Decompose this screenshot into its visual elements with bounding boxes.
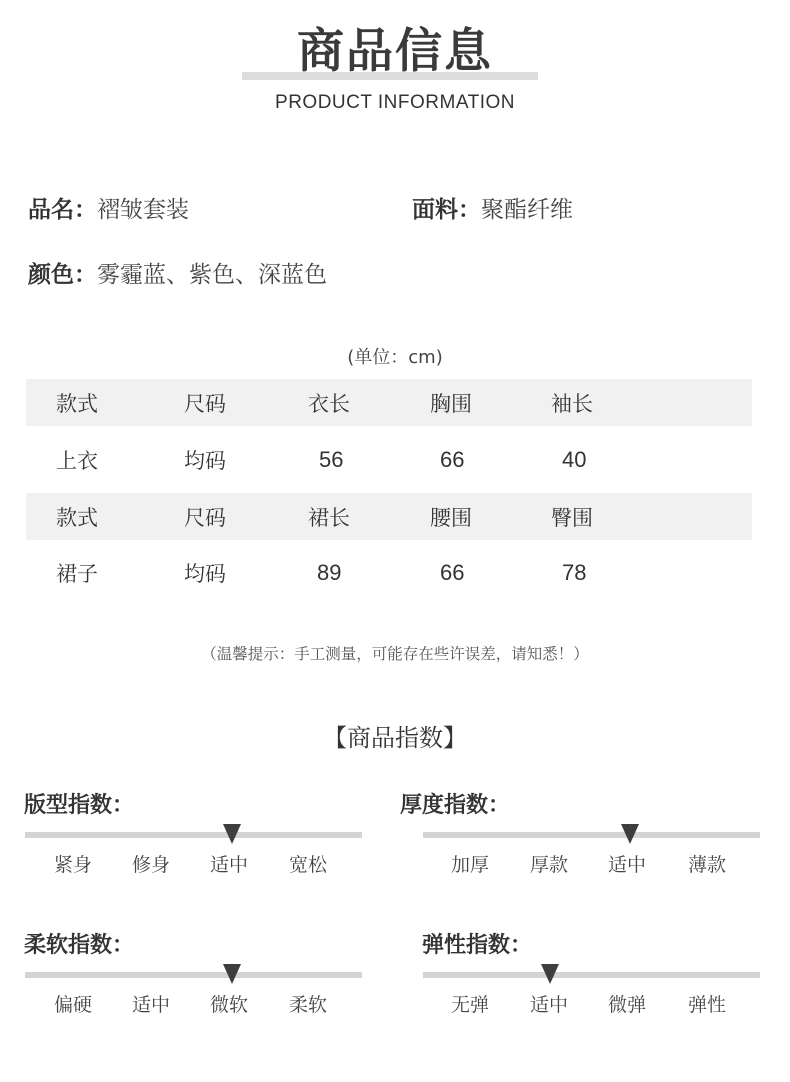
fabric-field: 面料：聚酯纤维 <box>412 195 573 225</box>
thickness-option-selected: 适中 <box>608 850 646 877</box>
table-row: 裙子 均码 89 66 78 <box>26 549 752 596</box>
elasticity-index-label: 弹性指数： <box>422 928 532 959</box>
table-cell: 56 <box>319 436 343 483</box>
softness-index-bar <box>25 972 362 978</box>
elasticity-option: 无弹 <box>451 990 489 1017</box>
fit-index-label: 版型指数： <box>24 788 134 819</box>
table-cell: 66 <box>440 549 464 596</box>
page-title: 商品信息 <box>0 24 790 80</box>
softness-option-selected: 微软 <box>210 990 248 1017</box>
thickness-option: 薄款 <box>688 850 726 877</box>
elasticity-index-marker-icon <box>541 964 559 984</box>
fit-option: 修身 <box>132 850 170 877</box>
table-header-cell: 款式 <box>56 493 98 540</box>
color-field: 颜色：雾霾蓝、紫色、深蓝色 <box>28 260 327 290</box>
table-cell: 89 <box>317 549 341 596</box>
indices-title: 【商品指数】 <box>0 718 790 753</box>
thickness-index-bar <box>423 832 760 838</box>
table-cell: 66 <box>440 436 464 483</box>
product-name-field: 品名：褶皱套装 <box>28 195 189 225</box>
fit-option: 宽松 <box>289 850 327 877</box>
fit-option-selected: 适中 <box>210 850 248 877</box>
fit-index-bar <box>25 832 362 838</box>
table-header-cell: 裙长 <box>308 493 350 540</box>
softness-option: 适中 <box>132 990 170 1017</box>
elasticity-option: 微弹 <box>608 990 646 1017</box>
thickness-option: 加厚 <box>451 850 489 877</box>
page-subtitle: PRODUCT INFORMATION <box>0 92 790 114</box>
softness-option: 偏硬 <box>54 990 92 1017</box>
fabric-value: 聚酯纤维 <box>481 197 573 223</box>
table-header-cell: 款式 <box>56 379 98 426</box>
color-value: 雾霾蓝、紫色、深蓝色 <box>97 262 327 288</box>
fit-option: 紧身 <box>54 850 92 877</box>
table-header-row: 款式 尺码 裙长 腰围 臀围 <box>26 493 752 540</box>
elasticity-option-selected: 适中 <box>530 990 568 1017</box>
fit-index-marker-icon <box>223 824 241 844</box>
table-header-cell: 衣长 <box>308 379 350 426</box>
table-header-cell: 臀围 <box>551 493 593 540</box>
thickness-index-marker-icon <box>621 824 639 844</box>
color-label: 颜色： <box>28 262 97 288</box>
product-name-label: 品名： <box>28 197 97 223</box>
elasticity-index-bar <box>423 972 760 978</box>
measurement-tip: （温馨提示：手工测量，可能存在些许误差，请知悉！） <box>0 642 790 664</box>
table-cell: 78 <box>562 549 586 596</box>
product-name-value: 褶皱套装 <box>97 197 189 223</box>
table-cell: 均码 <box>184 436 226 483</box>
softness-option: 柔软 <box>289 990 327 1017</box>
table-cell: 上衣 <box>56 436 98 483</box>
softness-index-marker-icon <box>223 964 241 984</box>
thickness-index-label: 厚度指数： <box>400 788 510 819</box>
elasticity-option: 弹性 <box>688 990 726 1017</box>
fabric-label: 面料： <box>412 197 481 223</box>
table-header-cell: 尺码 <box>184 379 226 426</box>
table-cell: 均码 <box>184 549 226 596</box>
unit-label: (单位：cm) <box>0 343 790 369</box>
table-cell: 40 <box>562 436 586 483</box>
table-header-cell: 尺码 <box>184 493 226 540</box>
table-header-cell: 腰围 <box>430 493 472 540</box>
table-row: 上衣 均码 56 66 40 <box>26 436 752 483</box>
thickness-option: 厚款 <box>530 850 568 877</box>
table-header-cell: 袖长 <box>551 379 593 426</box>
table-header-cell: 胸围 <box>430 379 472 426</box>
softness-index-label: 柔软指数： <box>24 928 134 959</box>
table-cell: 裙子 <box>56 549 98 596</box>
table-header-row: 款式 尺码 衣长 胸围 袖长 <box>26 379 752 426</box>
